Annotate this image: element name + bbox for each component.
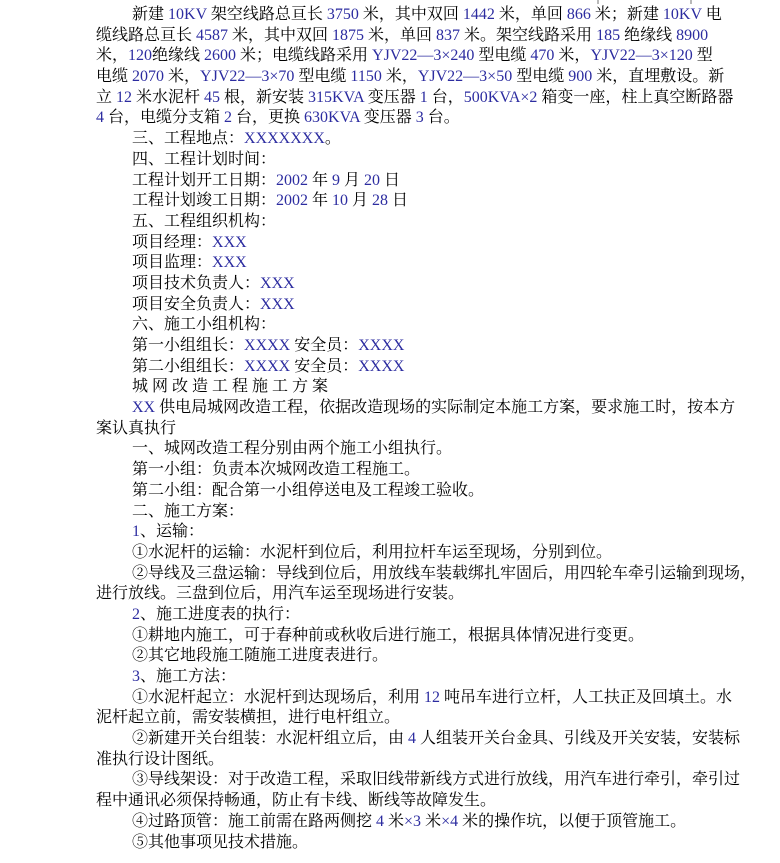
text-line: 缆线路总亘长 4587 米，其中双回 1875 米，单回 837 米。架空线路采… — [96, 26, 780, 47]
text-line: 六、施工小组机构： — [96, 315, 780, 336]
text-line: 泥杆起立前，需安装横担，进行电杆组立。 — [96, 708, 780, 729]
text-line: 一、城网改造工程分别由两个施工小组执行。 — [96, 439, 780, 460]
document-body: 新建 10KV 架空线路总亘长 3750 米，其中双回 1442 米，单回 86… — [96, 5, 780, 853]
text-line: ⑤其他事项见技术措施。 — [96, 833, 780, 854]
text-line: 五、工程组织机构： — [96, 212, 780, 233]
text-line: ④过路顶管：施工前需在路两侧挖 4 米×3 米×4 米的操作坑，以便于顶管施工。 — [96, 812, 780, 833]
text-line: 城 网 改 造 工 程 施 工 方 案 — [96, 377, 780, 398]
text-line: ①水泥杆起立：水泥杆到达现场后，利用 12 吨吊车进行立杆，人工扶正及回填土。水 — [96, 688, 780, 709]
edge-artifact-tick — [597, 0, 599, 4]
text-line: ②其它地段施工随施工进度表进行。 — [96, 646, 780, 667]
text-line: 准执行设计图纸。 — [96, 750, 780, 771]
text-line: 进行放线。三盘到位后，用汽车运至现场进行安装。 — [96, 584, 780, 605]
text-line: 项目安全负责人：XXX — [96, 295, 780, 316]
text-line: 立 12 米水泥杆 45 根，新安装 315KVA 变压器 1 台，500KVA… — [96, 88, 780, 109]
text-line: 四、工程计划时间： — [96, 150, 780, 171]
text-line: 项目经理：XXX — [96, 233, 780, 254]
document-page: 新建 10KV 架空线路总亘长 3750 米，其中双回 1442 米，单回 86… — [0, 0, 780, 863]
text-line: 电缆 2070 米，YJV22—3×70 型电缆 1150 米，YJV22—3×… — [96, 67, 780, 88]
text-line: 米，120绝缘线 2600 米；电缆线路采用 YJV22—3×240 型电缆 4… — [96, 46, 780, 67]
edge-artifact-tick — [690, 0, 692, 4]
text-line: XX 供电局城网改造工程，依据改造现场的实际制定本施工方案，要求施工时，按本方 — [96, 398, 780, 419]
text-line: 2、施工进度表的执行： — [96, 605, 780, 626]
text-line: 3、施工方法： — [96, 667, 780, 688]
text-line: ①水泥杆的运输：水泥杆到位后，利用拉杆车运至现场，分别到位。 — [96, 543, 780, 564]
text-line: 第二小组：配合第一小组停送电及工程竣工验收。 — [96, 481, 780, 502]
text-line: 工程计划竣工日期：2002 年 10 月 28 日 — [96, 191, 780, 212]
text-line: 第一小组：负责本次城网改造工程施工。 — [96, 460, 780, 481]
text-line: 工程计划开工日期：2002 年 9 月 20 日 — [96, 171, 780, 192]
text-line: ②新建开关台组装：水泥杆组立后，由 4 人组装开关台金具、引线及开关安装，安装标 — [96, 729, 780, 750]
text-line: 二、施工方案： — [96, 502, 780, 523]
text-line: ③导线架设：对于改造工程，采取旧线带新线方式进行放线，用汽车进行牵引，牵引过 — [96, 770, 780, 791]
text-line: 新建 10KV 架空线路总亘长 3750 米，其中双回 1442 米，单回 86… — [96, 5, 780, 26]
text-line: 第一小组组长：XXXX 安全员：XXXX — [96, 336, 780, 357]
text-line: 三、工程地点：XXXXXXX。 — [96, 129, 780, 150]
text-line: 1、运输： — [96, 522, 780, 543]
text-line: 项目监理：XXX — [96, 253, 780, 274]
text-line: 程中通讯必须保持畅通，防止有卡线、断线等故障发生。 — [96, 791, 780, 812]
text-line: ②导线及三盘运输：导线到位后，用放线车装载绑扎牢固后，用四轮车牵引运输到现场， — [96, 564, 780, 585]
text-line: 4 台，电缆分支箱 2 台，更换 630KVA 变压器 3 台。 — [96, 108, 780, 129]
text-line: 第二小组组长：XXXX 安全员：XXXX — [96, 357, 780, 378]
text-line: 项目技术负责人：XXX — [96, 274, 780, 295]
text-line: 案认真执行 — [96, 419, 780, 440]
text-line: ①耕地内施工，可于春种前或秋收后进行施工，根据具体情况进行变更。 — [96, 626, 780, 647]
